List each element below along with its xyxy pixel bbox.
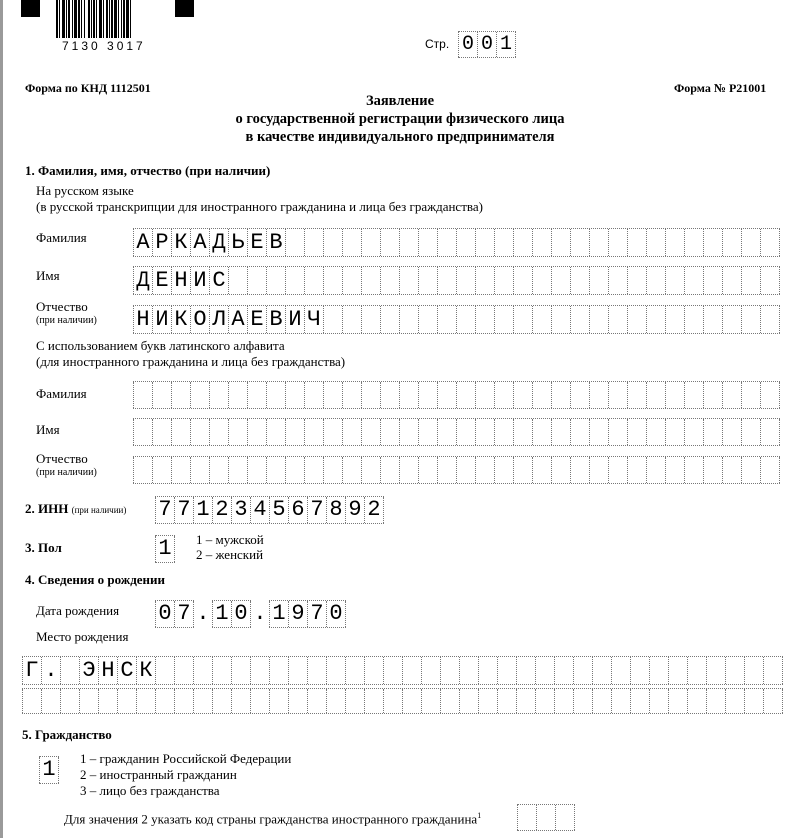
char-cell[interactable] [741,306,760,333]
char-cell[interactable] [459,689,478,713]
ru-surname-field[interactable]: АРКАДЬЕВ [133,228,780,257]
char-cell[interactable] [665,419,684,445]
char-cell[interactable] [687,657,706,684]
char-cell[interactable] [304,229,323,256]
char-cell[interactable] [475,267,494,294]
char-cell[interactable]: И [285,306,304,333]
char-cell[interactable] [551,457,570,483]
char-cell[interactable] [228,267,247,294]
char-cell[interactable] [323,457,342,483]
char-cell[interactable] [497,657,516,684]
char-cell[interactable] [304,419,323,445]
char-cell[interactable]: 1 [269,601,288,627]
char-cell[interactable]: Ч [304,306,323,333]
char-cell[interactable]: Е [152,267,171,294]
char-cell[interactable] [535,657,554,684]
lat-surname-field[interactable] [133,381,780,409]
lat-patronymic-field[interactable] [133,456,780,484]
char-cell[interactable] [133,457,152,483]
char-cell[interactable] [437,306,456,333]
char-cell[interactable] [589,306,608,333]
char-cell[interactable] [60,689,79,713]
char-cell[interactable] [741,229,760,256]
char-cell[interactable] [380,382,399,408]
char-cell[interactable] [608,267,627,294]
char-cell[interactable] [517,805,536,830]
char-cell[interactable]: Ь [228,229,247,256]
ru-patronymic-field[interactable]: НИКОЛАЕВИЧ [133,305,780,334]
char-cell[interactable] [684,267,703,294]
char-cell[interactable] [399,382,418,408]
char-cell[interactable] [345,657,364,684]
char-cell[interactable]: 2 [364,497,384,523]
char-cell[interactable] [155,689,174,713]
char-cell[interactable] [304,382,323,408]
char-cell[interactable] [402,689,421,713]
char-cell[interactable]: Л [209,306,228,333]
char-cell[interactable] [494,419,513,445]
char-cell[interactable] [494,267,513,294]
char-cell[interactable]: 7 [174,497,193,523]
char-cell[interactable] [741,457,760,483]
char-cell[interactable] [684,419,703,445]
char-cell[interactable]: 1 [39,757,59,783]
char-cell[interactable] [570,306,589,333]
char-cell[interactable] [250,657,269,684]
birth-date-field[interactable]: 07.10.1970 [155,600,346,626]
char-cell[interactable] [513,229,532,256]
char-cell[interactable]: 1 [155,536,175,562]
char-cell[interactable] [589,419,608,445]
char-cell[interactable] [418,457,437,483]
char-cell[interactable] [79,689,98,713]
char-cell[interactable] [323,267,342,294]
char-cell[interactable] [228,382,247,408]
char-cell[interactable] [741,419,760,445]
char-cell[interactable] [532,306,551,333]
char-cell[interactable] [361,229,380,256]
char-cell[interactable] [421,657,440,684]
page-number-field[interactable]: 001 [458,31,516,58]
char-cell[interactable] [760,306,780,333]
char-cell[interactable]: Н [133,306,152,333]
char-cell[interactable] [494,457,513,483]
char-cell[interactable] [174,657,193,684]
char-cell[interactable] [437,457,456,483]
char-cell[interactable] [554,657,573,684]
char-cell[interactable] [725,657,744,684]
char-cell[interactable]: В [266,229,285,256]
char-cell[interactable] [744,689,763,713]
char-cell[interactable] [418,229,437,256]
char-cell[interactable]: 0 [231,601,251,627]
char-cell[interactable]: Е [247,306,266,333]
char-cell[interactable] [722,306,741,333]
char-cell[interactable] [646,267,665,294]
char-cell[interactable] [421,689,440,713]
char-cell[interactable] [608,419,627,445]
char-cell[interactable] [478,657,497,684]
char-cell[interactable] [133,382,152,408]
char-cell[interactable]: 0 [155,601,174,627]
char-cell[interactable] [437,229,456,256]
char-cell[interactable] [627,457,646,483]
char-cell[interactable] [760,382,780,408]
char-cell[interactable] [323,419,342,445]
char-cell[interactable]: 9 [345,497,364,523]
char-cell[interactable] [456,382,475,408]
char-cell[interactable] [630,689,649,713]
char-cell[interactable] [684,457,703,483]
char-cell[interactable] [703,382,722,408]
date-part[interactable]: 07 [155,600,194,628]
char-cell[interactable] [399,306,418,333]
char-cell[interactable] [763,657,783,684]
char-cell[interactable] [288,689,307,713]
char-cell[interactable] [440,657,459,684]
char-cell[interactable] [627,229,646,256]
char-cell[interactable] [760,267,780,294]
char-cell[interactable]: 7 [155,497,174,523]
char-cell[interactable] [152,419,171,445]
char-cell[interactable] [209,419,228,445]
char-cell[interactable] [627,419,646,445]
char-cell[interactable] [570,267,589,294]
char-cell[interactable] [589,229,608,256]
char-cell[interactable] [364,657,383,684]
char-cell[interactable] [326,657,345,684]
ru-name-field[interactable]: ДЕНИС [133,266,780,295]
char-cell[interactable] [22,689,41,713]
char-cell[interactable] [326,689,345,713]
char-cell[interactable] [494,229,513,256]
char-cell[interactable] [193,657,212,684]
char-cell[interactable] [380,457,399,483]
char-cell[interactable] [649,657,668,684]
char-cell[interactable] [573,657,592,684]
char-cell[interactable] [722,382,741,408]
char-cell[interactable] [399,419,418,445]
char-cell[interactable] [247,419,266,445]
char-cell[interactable] [361,419,380,445]
char-cell[interactable] [744,657,763,684]
char-cell[interactable] [665,306,684,333]
char-cell[interactable] [516,657,535,684]
char-cell[interactable] [231,657,250,684]
char-cell[interactable] [703,229,722,256]
char-cell[interactable] [190,382,209,408]
char-cell[interactable] [288,657,307,684]
char-cell[interactable]: Г [22,657,41,684]
char-cell[interactable] [361,382,380,408]
char-cell[interactable] [228,457,247,483]
char-cell[interactable] [668,657,687,684]
char-cell[interactable]: А [228,306,247,333]
char-cell[interactable] [741,382,760,408]
char-cell[interactable] [323,382,342,408]
char-cell[interactable] [665,382,684,408]
char-cell[interactable] [646,306,665,333]
char-cell[interactable] [703,306,722,333]
char-cell[interactable] [513,457,532,483]
char-cell[interactable] [475,382,494,408]
char-cell[interactable] [494,382,513,408]
char-cell[interactable] [402,657,421,684]
char-cell[interactable] [513,306,532,333]
char-cell[interactable] [703,419,722,445]
char-cell[interactable] [152,457,171,483]
char-cell[interactable]: К [171,306,190,333]
char-cell[interactable] [190,457,209,483]
char-cell[interactable] [592,689,611,713]
char-cell[interactable] [513,267,532,294]
char-cell[interactable] [155,657,174,684]
char-cell[interactable] [171,382,190,408]
char-cell[interactable] [136,689,155,713]
char-cell[interactable] [589,457,608,483]
char-cell[interactable] [551,306,570,333]
char-cell[interactable] [342,229,361,256]
char-cell[interactable]: 1 [212,601,231,627]
char-cell[interactable] [741,267,760,294]
char-cell[interactable] [342,382,361,408]
date-part[interactable]: 1970 [269,600,346,628]
char-cell[interactable]: 0 [458,32,477,57]
char-cell[interactable] [551,382,570,408]
char-cell[interactable] [513,382,532,408]
char-cell[interactable]: К [171,229,190,256]
char-cell[interactable] [285,419,304,445]
char-cell[interactable]: 7 [174,601,194,627]
inn-field[interactable]: 771234567892 [155,496,384,524]
char-cell[interactable] [684,382,703,408]
char-cell[interactable] [551,267,570,294]
char-cell[interactable]: Э [79,657,98,684]
char-cell[interactable]: Н [98,657,117,684]
char-cell[interactable] [646,419,665,445]
char-cell[interactable] [627,382,646,408]
char-cell[interactable] [725,689,744,713]
char-cell[interactable] [399,229,418,256]
char-cell[interactable] [250,689,269,713]
char-cell[interactable] [171,457,190,483]
char-cell[interactable] [133,419,152,445]
char-cell[interactable]: К [136,657,155,684]
char-cell[interactable] [592,657,611,684]
char-cell[interactable] [212,657,231,684]
char-cell[interactable]: 7 [307,497,326,523]
char-cell[interactable]: 8 [326,497,345,523]
char-cell[interactable]: 9 [288,601,307,627]
char-cell[interactable] [209,457,228,483]
char-cell[interactable] [551,229,570,256]
char-cell[interactable] [555,805,575,830]
char-cell[interactable] [323,306,342,333]
char-cell[interactable]: А [190,229,209,256]
char-cell[interactable]: С [117,657,136,684]
char-cell[interactable]: В [266,306,285,333]
char-cell[interactable] [323,229,342,256]
char-cell[interactable] [418,306,437,333]
char-cell[interactable] [760,457,780,483]
char-cell[interactable] [551,419,570,445]
char-cell[interactable] [535,689,554,713]
char-cell[interactable] [266,419,285,445]
char-cell[interactable] [627,306,646,333]
char-cell[interactable] [380,419,399,445]
char-cell[interactable]: О [190,306,209,333]
char-cell[interactable] [668,689,687,713]
char-cell[interactable] [532,457,551,483]
char-cell[interactable] [573,689,592,713]
char-cell[interactable] [684,306,703,333]
char-cell[interactable] [611,689,630,713]
char-cell[interactable] [440,689,459,713]
char-cell[interactable] [475,306,494,333]
citizenship-field[interactable]: 1 [39,756,59,784]
char-cell[interactable]: А [133,229,152,256]
lat-name-field[interactable] [133,418,780,446]
char-cell[interactable] [98,689,117,713]
char-cell[interactable] [570,382,589,408]
char-cell[interactable]: 2 [212,497,231,523]
char-cell[interactable] [342,457,361,483]
birth-place-line2[interactable] [22,688,783,714]
char-cell[interactable] [703,267,722,294]
char-cell[interactable] [706,657,725,684]
char-cell[interactable] [307,689,326,713]
char-cell[interactable] [361,306,380,333]
char-cell[interactable] [307,657,326,684]
char-cell[interactable] [456,457,475,483]
char-cell[interactable] [418,382,437,408]
char-cell[interactable] [475,419,494,445]
char-cell[interactable] [285,457,304,483]
char-cell[interactable] [532,382,551,408]
char-cell[interactable] [608,306,627,333]
char-cell[interactable] [345,689,364,713]
char-cell[interactable] [478,689,497,713]
char-cell[interactable] [437,382,456,408]
char-cell[interactable] [361,267,380,294]
char-cell[interactable] [630,657,649,684]
char-cell[interactable] [437,267,456,294]
char-cell[interactable] [231,689,250,713]
char-cell[interactable] [209,382,228,408]
char-cell[interactable] [494,306,513,333]
char-cell[interactable] [456,267,475,294]
char-cell[interactable]: И [152,306,171,333]
char-cell[interactable] [532,419,551,445]
char-cell[interactable] [247,457,266,483]
char-cell[interactable] [117,689,136,713]
char-cell[interactable] [459,657,478,684]
char-cell[interactable] [608,457,627,483]
birth-place-line1[interactable]: Г.ЭНСК [22,656,783,685]
char-cell[interactable] [190,419,209,445]
char-cell[interactable] [763,689,783,713]
char-cell[interactable] [760,419,780,445]
char-cell[interactable] [437,419,456,445]
char-cell[interactable]: 0 [326,601,346,627]
char-cell[interactable] [497,689,516,713]
char-cell[interactable] [41,689,60,713]
char-cell[interactable] [304,457,323,483]
char-cell[interactable] [380,306,399,333]
char-cell[interactable]: 7 [307,601,326,627]
char-cell[interactable] [475,457,494,483]
char-cell[interactable] [536,805,555,830]
char-cell[interactable] [266,267,285,294]
char-cell[interactable] [60,657,79,684]
char-cell[interactable]: 1 [193,497,212,523]
char-cell[interactable] [342,419,361,445]
char-cell[interactable] [554,689,573,713]
char-cell[interactable] [285,382,304,408]
char-cell[interactable]: И [190,267,209,294]
char-cell[interactable] [342,267,361,294]
char-cell[interactable] [722,457,741,483]
char-cell[interactable] [589,267,608,294]
char-cell[interactable] [456,419,475,445]
char-cell[interactable] [285,229,304,256]
char-cell[interactable] [361,457,380,483]
char-cell[interactable] [646,382,665,408]
char-cell[interactable] [532,267,551,294]
char-cell[interactable] [152,382,171,408]
char-cell[interactable] [513,419,532,445]
char-cell[interactable] [516,689,535,713]
char-cell[interactable] [285,267,304,294]
char-cell[interactable] [665,229,684,256]
char-cell[interactable] [456,229,475,256]
char-cell[interactable] [646,457,665,483]
char-cell[interactable] [418,419,437,445]
char-cell[interactable] [760,229,780,256]
char-cell[interactable] [627,267,646,294]
char-cell[interactable] [665,457,684,483]
sex-field[interactable]: 1 [155,535,175,563]
char-cell[interactable]: . [41,657,60,684]
char-cell[interactable] [380,229,399,256]
char-cell[interactable] [418,267,437,294]
char-cell[interactable] [665,267,684,294]
char-cell[interactable]: Д [209,229,228,256]
char-cell[interactable] [212,689,231,713]
char-cell[interactable] [722,229,741,256]
char-cell[interactable] [364,689,383,713]
char-cell[interactable] [722,419,741,445]
char-cell[interactable] [174,689,193,713]
char-cell[interactable] [570,229,589,256]
char-cell[interactable] [228,419,247,445]
char-cell[interactable] [608,382,627,408]
date-part[interactable]: 10 [212,600,251,628]
char-cell[interactable]: 5 [269,497,288,523]
char-cell[interactable] [687,689,706,713]
char-cell[interactable] [171,419,190,445]
char-cell[interactable] [475,229,494,256]
char-cell[interactable] [608,229,627,256]
char-cell[interactable] [649,689,668,713]
char-cell[interactable] [399,267,418,294]
char-cell[interactable] [383,689,402,713]
char-cell[interactable] [684,229,703,256]
char-cell[interactable] [380,267,399,294]
char-cell[interactable] [570,419,589,445]
char-cell[interactable] [247,382,266,408]
char-cell[interactable] [706,689,725,713]
